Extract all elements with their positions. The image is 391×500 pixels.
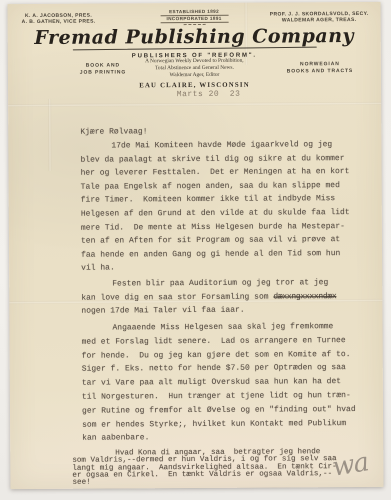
salutation: Kjære Rølvaag! (80, 127, 147, 136)
handwritten-initials: wa (330, 447, 370, 482)
letterhead: K. A. JACOBSON, PRES.A. B. GATHEN, VICE … (8, 2, 381, 4)
established-block: ESTABLISHED 1892 INCORPORATED 1891 (160, 9, 228, 26)
incorporated-line: INCORPORATED 1891 (160, 16, 228, 23)
paragraph-3: Angaaende Miss Helgesen saa skal jeg fre… (81, 320, 355, 446)
fold-crease-vertical-left (48, 99, 51, 171)
officers-right: PROF. J. J. SKORDALSVOLD, SECY.WALDEMAR … (270, 11, 369, 24)
fold-crease-horizontal-top (8, 102, 381, 107)
city-line: EAU CLAIRE, WISCONSIN (8, 81, 381, 90)
officers-left: K. A. JACOBSON, PRES.A. B. GATHEN, VICE … (22, 13, 96, 25)
scanned-letter-page: { "meta": { "document_type": "typewritte… (0, 0, 391, 500)
strikeout-text: dæxxngxxxxndæx (273, 292, 336, 301)
weekly-description: A Norwegian Weekly Devoted to Prohibitio… (114, 58, 274, 79)
typed-date: Marts 20 23 (177, 90, 241, 99)
paragraph-2: Festen blir paa Auditorium og jeg tror a… (81, 276, 336, 318)
paragraph-4: Hvad Kona di angaar, saa betragter jeg h… (72, 449, 337, 487)
company-name: Fremad Publishing Company (8, 25, 381, 49)
services-right-column: NORWEGIANBOOKS AND TRACTS (273, 61, 367, 75)
letter-document: K. A. JACOBSON, PRES.A. B. GATHEN, VICE … (8, 2, 384, 489)
paragraph-1: 17de Mai Komiteen havde Møde igaarkveld … (80, 138, 350, 276)
